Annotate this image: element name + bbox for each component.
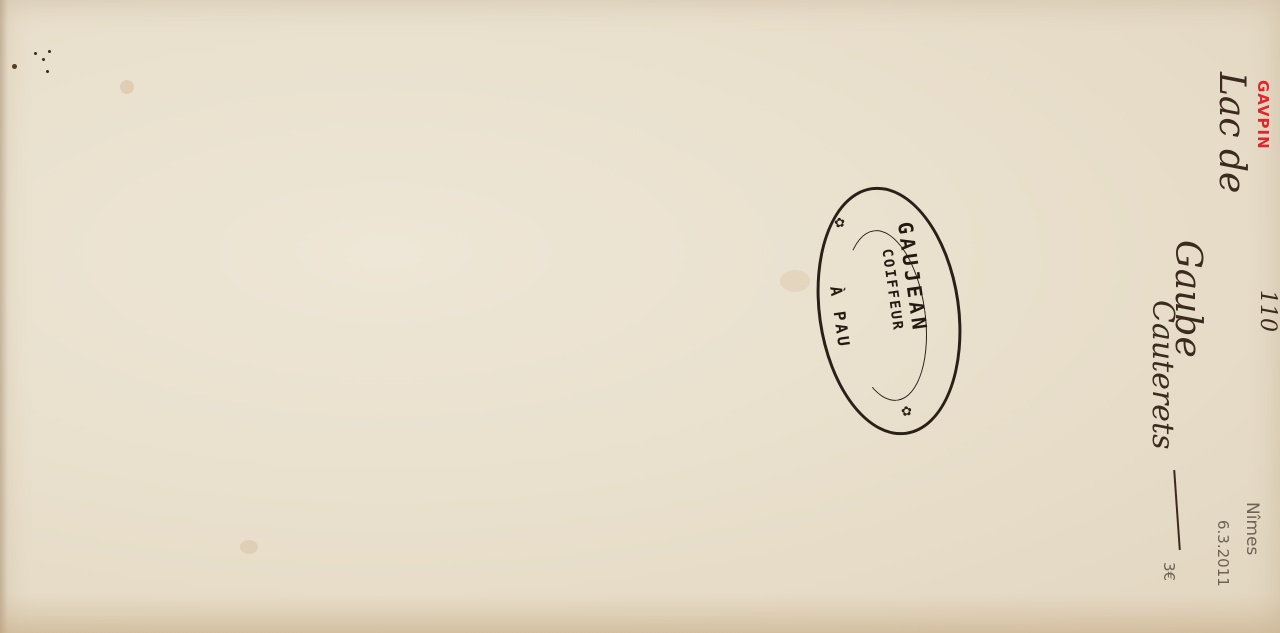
pin-hole-dot <box>42 58 45 61</box>
pin-hole-dot <box>34 52 37 55</box>
pin-hole-dot <box>48 50 51 53</box>
foxing-stain <box>240 540 258 554</box>
card-bottom-edge <box>0 593 1280 633</box>
pin-hole-dot <box>46 70 49 73</box>
foxing-stain <box>12 64 17 69</box>
pencil-note-date: 6.3.2011 <box>1214 520 1232 587</box>
red-catalog-label: GAVPIN <box>1254 80 1272 150</box>
foxing-stain <box>780 270 810 292</box>
card-left-edge <box>0 0 8 633</box>
handwritten-location: Cauterets <box>1145 300 1180 450</box>
stamp-ornament-icon: ✿ <box>900 405 913 419</box>
handwritten-title: Lac de <box>1211 72 1252 193</box>
handwritten-number: 110 <box>1255 290 1280 332</box>
foxing-stain <box>120 80 134 94</box>
pencil-note-price: 3€ <box>1160 562 1178 581</box>
pencil-note-city: Nîmes <box>1242 502 1262 555</box>
handwritten-underline <box>1173 470 1181 550</box>
studio-stamp: ✿ ✿ GAUJEAN COIFFEUR À PAU <box>801 177 976 444</box>
stamp-ornament-icon: ✿ <box>833 216 846 230</box>
photo-card-back: ✿ ✿ GAUJEAN COIFFEUR À PAU GAVPIN Lac de… <box>0 0 1280 633</box>
